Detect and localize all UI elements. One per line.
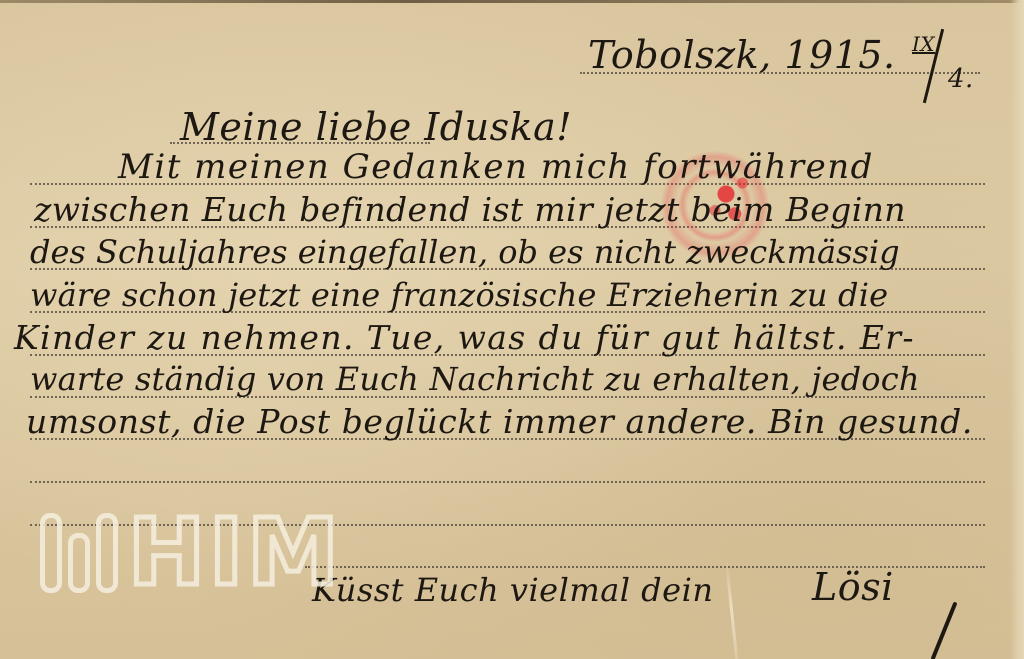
watermark-text: HIM bbox=[128, 513, 343, 593]
card-top-edge bbox=[0, 0, 1024, 3]
body-line: des Schuljahres eingefallen, ob es nicht… bbox=[30, 236, 900, 268]
ruled-line bbox=[30, 481, 985, 483]
him-logo-icon bbox=[40, 513, 118, 593]
date-month: IX bbox=[912, 34, 935, 54]
place-date: Tobolszk, 1915. bbox=[588, 36, 896, 74]
card-right-edge bbox=[1010, 0, 1024, 659]
signature-flourish bbox=[931, 602, 958, 659]
closing-text: Küsst Euch vielmal dein bbox=[312, 574, 713, 606]
watermark: HIM bbox=[40, 513, 343, 593]
body-line: Mit meinen Gedanken mich fortwährend bbox=[118, 150, 874, 184]
date-day: 4. bbox=[948, 66, 974, 92]
body-line: umsonst, die Post beglückt immer andere.… bbox=[26, 405, 973, 438]
signature: Lösi bbox=[812, 568, 894, 606]
body-line: warte ständig von Euch Nachricht zu erha… bbox=[30, 363, 920, 395]
paper-crease bbox=[725, 560, 738, 659]
body-line: zwischen Euch befindend ist mir jetzt be… bbox=[34, 193, 906, 226]
body-line: wäre schon jetzt eine französische Erzie… bbox=[30, 279, 888, 311]
postcard: Tobolszk, 1915. IX 4. Meine liebe Iduska… bbox=[0, 0, 1024, 659]
body-line: Kinder zu nehmen. Tue, was du für gut hä… bbox=[14, 321, 915, 354]
salutation: Meine liebe Iduska! bbox=[180, 108, 572, 146]
